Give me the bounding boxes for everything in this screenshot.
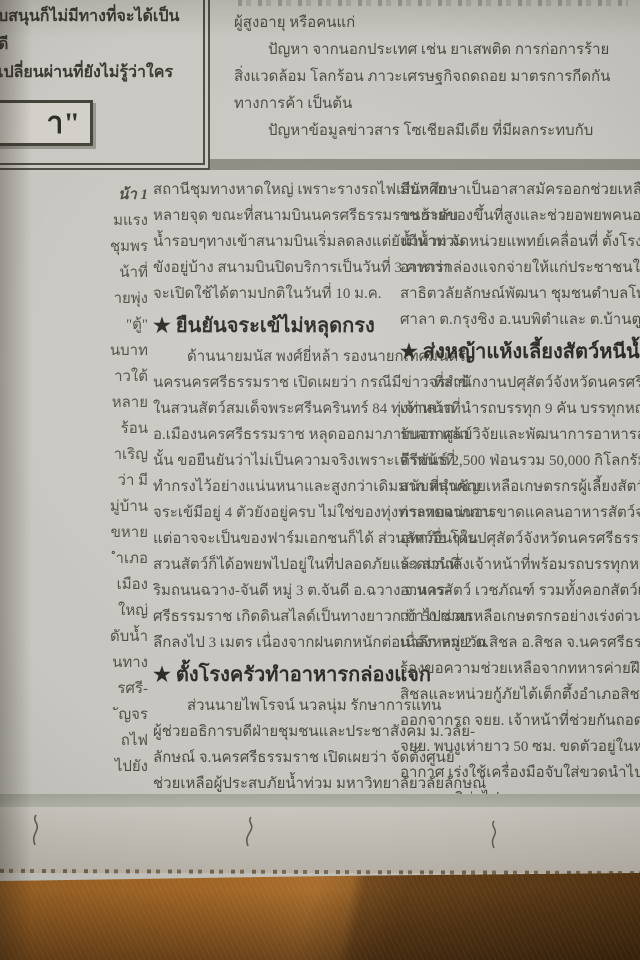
text-line: ขนย้ายของขึ้นที่สูงและช่วยอพยพคนออกจากพื…	[400, 203, 640, 229]
text-line: ถไฟ	[0, 728, 148, 754]
text-line: ส่วนนายไพโรจน์ นวลนุ่ม รักษาการแทน	[153, 693, 400, 719]
text-line: หลาย	[0, 390, 148, 416]
text-line: ใหญ่	[0, 598, 148, 624]
text-line: ชุมพร	[0, 234, 148, 260]
pull-quote-text: า"	[46, 107, 80, 140]
text-line: ศาลา ต.กรุงชิง อ.นบพิตำและ ต.บ้านตูล อ.ช…	[400, 307, 640, 333]
text-line: อากาศ เร่งใช้เครื่องมือจับใส่ขวดนำไปปล่อ…	[400, 760, 640, 786]
text-line: ในสวนสัตว์สมเด็จพระศรีนครินทร์ 84 ทุ่งท่…	[153, 396, 400, 422]
text-line: ด้านนายมนัส พงศ์ยี่หล้า รองนายกเทศมนตรี	[153, 344, 400, 370]
staple-icon	[486, 819, 502, 855]
bottom-rule-bar	[0, 794, 640, 807]
staple-icon	[242, 815, 258, 851]
text-line: ทำกรงไว้อย่างแน่นหนาและสูงกว่าเดิมมาก ที…	[153, 474, 400, 500]
text-line: ผู้ช่วยอธิการบดีฝ่ายชุมชนและประชาสังคม ม…	[153, 719, 400, 745]
wood-table-surface	[0, 872, 640, 960]
text-line: มีนักศึกษาเป็นอาสาสมัครออกช่วยเหลือชาวบ้…	[400, 177, 640, 203]
right-column: มีนักศึกษาเป็นอาสาสมัครออกช่วยเหลือชาวบ้…	[400, 177, 640, 812]
paragraph: ผู้สูงอายุ หรือคนแก่	[234, 10, 640, 37]
text-line: ายพุ่ง	[0, 286, 148, 312]
text-line: ปัญหาข้อมูลข่าวสาร โซเชียลมีเดีย ที่มีผล…	[234, 118, 640, 145]
text-line: นครนครศรีธรรมราช เปิดเผยว่า กรณีมีข่าวจร…	[153, 370, 400, 396]
text-line: สิชลและหน่วยกู้ภัยไต้เต็กตึ้งอำเภอสิชลช่…	[400, 682, 640, 708]
text-line: อาหารสัตว์ เวชภัณฑ์ รวมทั้งคอกสัตว์เคลื่…	[400, 578, 640, 604]
text-line: น้ำท่วม จัดหน่วยแพทย์เคลื่อนที่ ตั้งโรงค…	[400, 229, 640, 255]
text-line: เมือง	[0, 572, 148, 598]
text-line: ออกจากรถ จยย. เจ้าหน้าที่ช่วยกันถอดอุปกร…	[400, 708, 640, 734]
text-line: ลึกลงไป 3 เมตร เนื่องจากฝนตกหนักต่อเนื่อ…	[153, 630, 400, 656]
text-line: คีรีขันธ์ 2,500 ฟ่อนรวม 50,000 กิโลกรัม …	[400, 448, 640, 474]
text-line: รศรี-	[0, 676, 148, 702]
text-line: นั้น ขอยืนยันว่าไม่เป็นความจริงเพราะเจ้า…	[153, 448, 400, 474]
text-line: มแรง	[0, 208, 148, 234]
text-line: จยย. พบงูเห่ายาว 50 ซม. ขดตัวอยู่ในหม้อก…	[400, 734, 640, 760]
quote-box-line: เปลี่ยนผ่านที่ยังไม่รู้ว่าใคร	[0, 59, 179, 87]
text-line: หลายจุด ขณะที่สนามบินนครศรีธรรมราช ระดับ	[153, 203, 400, 229]
text-line: นาลึก หมู่ 2 ต.สิชล อ.สิชล จ.นครศรีธรรมร…	[400, 630, 640, 656]
text-line: เข้าไปช่วยเหลือเกษตรกรอย่างเร่งด่วน ส่วน…	[400, 604, 640, 630]
text-line: สถานีชุมทางหาดใหญ่ เพราะรางรถไฟเสียหาย	[153, 177, 400, 203]
text-line: ไปยัง	[0, 754, 148, 780]
text-line: ระดมกำลังเจ้าหน้าที่พร้อมรถบรรทุกหญ้าแห้…	[400, 552, 640, 578]
text-line: กระทบจากการขาดแคลนอาหารสัตว์จากสถานการณ์	[400, 500, 640, 526]
paragraph: ปัญหา จากนอกประเทศ เช่น ยาเสพติด การก่อก…	[234, 37, 640, 118]
text-line: จระเข้มีอยู่ 4 ตัวยังอยู่ครบ ไม่ใช่ของทุ…	[153, 500, 400, 526]
clipped-text-remnants	[238, 0, 628, 6]
paragraph: ปัญหาข้อมูลข่าวสาร โซเชียลมีเดีย ที่มีผล…	[234, 118, 640, 145]
quote-box-text: บสนุนก็ไม่มีทางที่จะได้เป็น ดี เปลี่ยนผ่…	[0, 3, 179, 87]
newspaper-photo: บสนุนก็ไม่มีทางที่จะได้เป็น ดี เปลี่ยนผ่…	[0, 0, 640, 960]
paragraph: ส่วนนายไพโรจน์ นวลนุ่ม รักษาการแทนผู้ช่ว…	[153, 693, 400, 797]
text-line: สนับสนุนช่วยเหลือเกษตรกรผู้เลี้ยงสัตว์ที…	[400, 474, 640, 500]
text-line: ขังอยู่บ้าง สนามบินปิดบริการเป็นวันที่ 3…	[153, 255, 400, 281]
text-line: น้าที่	[0, 260, 148, 286]
text-line: ำเภอ	[0, 546, 148, 572]
text-line: ขหาย	[0, 520, 148, 546]
quote-box-line: บสนุนก็ไม่มีทางที่จะได้เป็น	[0, 3, 179, 31]
quote-box-line: ดี	[0, 31, 179, 59]
text-line: าวใต้	[0, 364, 148, 390]
text-line: สิ่งแวดล้อม โลกร้อน ภาวะเศรษฐกิจถดถอย มา…	[234, 64, 640, 91]
text-line: ทางการค้า เป็นต้น	[234, 91, 640, 118]
text-line: ร้อน	[0, 416, 148, 442]
text-line: ที่สำนักงานปศุสัตว์จังหวัดนครศรีธรรมราช	[400, 370, 640, 396]
text-line: มู่บ้าน	[0, 494, 148, 520]
text-line: ดับน้ำ	[0, 624, 148, 650]
staple-icon	[28, 813, 44, 849]
paragraph: สถานีชุมทางหาดใหญ่ เพราะรางรถไฟเสียหายหล…	[153, 177, 400, 307]
text-line: อุทกภัย โดยปศุสัตว์จังหวัดนครศรีธรรมราช …	[400, 526, 640, 552]
text-line: น้า 1	[0, 182, 148, 208]
paper-bottom-margin	[0, 807, 640, 873]
text-line: เจ้าหน้าที่นำรถบรรทุก 9 คัน บรรทุกหญ้าแห…	[400, 396, 640, 422]
newspaper-page: บสนุนก็ไม่มีทางที่จะได้เป็น ดี เปลี่ยนผ่…	[0, 0, 640, 960]
text-line: ปัญหา จากนอกประเทศ เช่น ยาเสพติด การก่อก…	[234, 37, 640, 64]
text-line: รับจากศูนย์วิจัยและพัฒนาการอาหารสัตว์ประ…	[400, 422, 640, 448]
top-right-column: ผู้สูงอายุ หรือคนแก่ ปัญหา จากนอกประเทศ …	[234, 0, 640, 145]
text-line: แต่อาจจะเป็นของฟาร์มเอกชนก็ได้ ส่วนสัตว์…	[153, 526, 400, 552]
text-line: าเริญ	[0, 442, 148, 468]
text-line: ริมถนนฉวาง-จันดี หมู่ 3 ต.จันดี อ.ฉวาง จ…	[153, 578, 400, 604]
headline-kitchen-food-boxes: ★ ตั้งโรงครัวทำอาหารกล่องแจก	[153, 660, 400, 690]
paragraph: มีนักศึกษาเป็นอาสาสมัครออกช่วยเหลือชาวบ้…	[400, 177, 640, 333]
text-line: สาธิตวลัยลักษณ์พัฒนา ชุมชนตำบลโพธิ์ทอง อ…	[400, 281, 640, 307]
text-line: น้ำรอบๆทางเข้าสนามบินเริ่มลดลงแต่ยังมีน้…	[153, 229, 400, 255]
text-line: อ.เมืองนครศรีธรรมราช หลุดออกมาภายนอก แล้…	[153, 422, 400, 448]
text-line: ว่า มี	[0, 468, 148, 494]
text-line: นทาง	[0, 650, 148, 676]
text-line: สวนสัตว์ก็ได้อพยพไปอยู่ในที่ปลอดภัยแล้ว …	[153, 552, 400, 578]
text-line: ัญจร	[0, 702, 148, 728]
text-line: ร้องขอความช่วยเหลือจากทหารค่ายฝึกการรบพิ…	[400, 656, 640, 682]
text-line: ศรีธรรมราช เกิดดินสไลด์เป็นทางยาวกว่า 50…	[153, 604, 400, 630]
text-line: "ตู้"	[0, 312, 148, 338]
text-line: นบาท	[0, 338, 148, 364]
text-line: ผู้สูงอายุ หรือคนแก่	[234, 10, 640, 37]
left-column-fragments: น้า 1มแรงชุมพรน้าที่ายพุ่ง"ตู้"นบาทาวใต้…	[0, 182, 148, 780]
center-column: สถานีชุมทางหาดใหญ่ เพราะรางรถไฟเสียหายหล…	[153, 177, 400, 797]
text-line: ลักษณ์ จ.นครศรีธรรมราช เปิดเผยว่า จัดตั้…	[153, 745, 400, 771]
headline-crocodile-not-escaped: ★ ยืนยันจระเข้ไม่หลุดกรง	[153, 311, 400, 341]
paragraph: ด้านนายมนัส พงศ์ยี่หล้า รองนายกเทศมนตรีน…	[153, 344, 400, 656]
paragraph: ที่สำนักงานปศุสัตว์จังหวัดนครศรีธรรมราชเ…	[400, 370, 640, 812]
headline-hay-for-livestock: ★ ส่งหญ้าแห้งเลี้ยงสัตว์หนีน้ำ	[400, 337, 640, 367]
pull-quote-box: บสนุนก็ไม่มีทางที่จะได้เป็น ดี เปลี่ยนผ่…	[0, 0, 210, 170]
text-line: จะเปิดใช้ได้ตามปกติในวันที่ 10 ม.ค.	[153, 281, 400, 307]
text-line: อาหารกล่องแจกจ่ายให้แก่ประชาชนในพื้นที่ช…	[400, 255, 640, 281]
pull-quote-inner-box: า"	[0, 100, 93, 146]
